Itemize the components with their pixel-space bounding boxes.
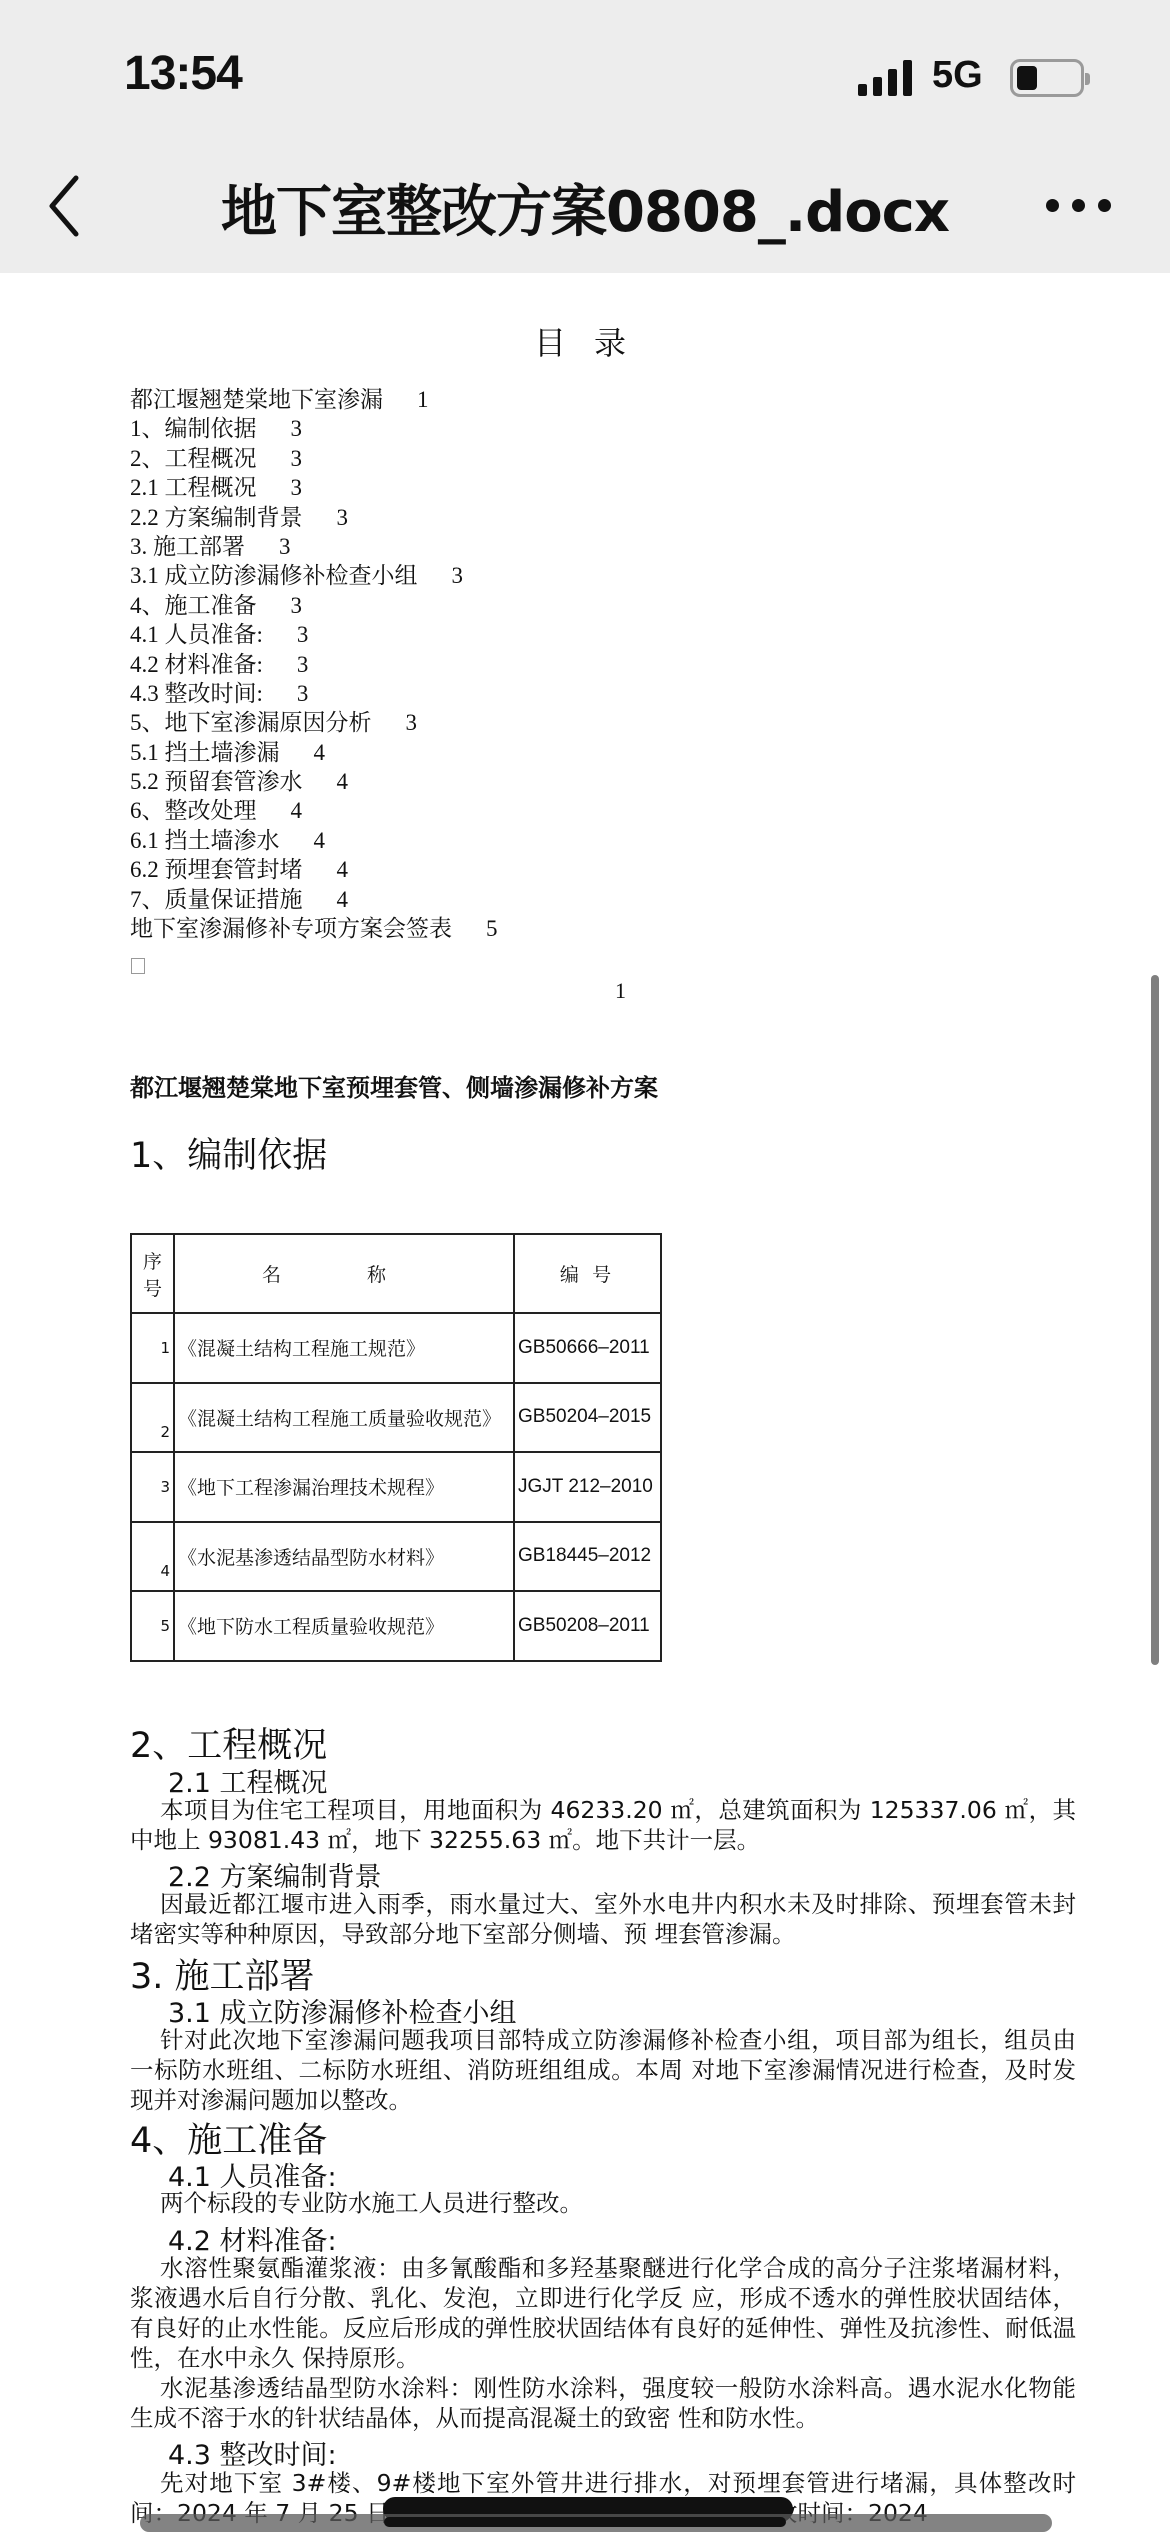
cell-code: GB50208–2011	[514, 1591, 661, 1661]
cell-code: JGJT 212–2010	[514, 1452, 661, 1522]
toc-item-label: 4.1 人员准备:	[130, 620, 263, 649]
cell-no: 1	[131, 1313, 174, 1383]
toc-item-page: 5	[486, 914, 498, 943]
toc-item-page: 3	[291, 414, 303, 443]
cellular-signal-icon	[858, 60, 914, 96]
cell-name: 《混凝土结构工程施工质量验收规范》	[174, 1383, 514, 1453]
network-type: 5G	[932, 54, 983, 97]
paragraph-inspection-team: 针对此次地下室渗漏问题我项目部特成立防渗漏修补检查小组，项目部为组长，组员由一标…	[130, 2025, 1076, 2115]
col-header-no: 序号	[131, 1234, 174, 1313]
cell-code: GB50666–2011	[514, 1313, 661, 1383]
toc-item-page: 4	[337, 767, 349, 796]
toc-item[interactable]: 4.3 整改时间:3	[130, 679, 498, 708]
paragraph-material-a: 水溶性聚氨酯灌浆液：由多氰酸酯和多羟基聚醚进行化学合成的高分子注浆堵漏材料，浆液…	[130, 2253, 1076, 2373]
cell-name: 《地下工程渗漏治理技术规程》	[174, 1452, 514, 1522]
toc-item[interactable]: 6、整改处理4	[130, 796, 498, 825]
table-row: 2 《混凝土结构工程施工质量验收规范》 GB50204–2015	[131, 1383, 661, 1453]
toc-item[interactable]: 6.2 预埋套管封堵4	[130, 855, 498, 884]
section-heading-1: 1、编制依据	[130, 1128, 327, 1178]
toc-item-page: 3	[297, 679, 309, 708]
toc-item[interactable]: 7、质量保证措施4	[130, 885, 498, 914]
page-number: 1	[615, 978, 626, 1004]
toc-item[interactable]: 5.2 预留套管渗水4	[130, 767, 498, 796]
vertical-scrollbar[interactable]	[1151, 975, 1159, 1665]
document-view[interactable]: 目 录 都江堰翘楚棠地下室渗漏1 1、编制依据3 2、工程概况3 2.1 工程概…	[0, 273, 1170, 2532]
toc-item-page: 3	[279, 532, 291, 561]
toc-item[interactable]: 4.1 人员准备:3	[130, 620, 498, 649]
toc-item-label: 6、整改处理	[130, 796, 257, 825]
cell-no: 5	[131, 1591, 174, 1661]
battery-icon	[1010, 59, 1084, 97]
toc-item-label: 1、编制依据	[130, 414, 257, 443]
more-options-button[interactable]	[1044, 190, 1114, 220]
toc-item-label: 4.3 整改时间:	[130, 679, 263, 708]
toc-item[interactable]: 6.1 挡土墙渗水4	[130, 826, 498, 855]
toc-item-label: 2.2 方案编制背景	[130, 503, 303, 532]
toc-item-label: 7、质量保证措施	[130, 885, 303, 914]
toc-item[interactable]: 地下室渗漏修补专项方案会签表5	[130, 914, 498, 943]
toc-item-label: 2.1 工程概况	[130, 473, 257, 502]
col-header-name: 名 称	[174, 1234, 514, 1313]
toc-item-page: 4	[314, 738, 326, 767]
table-header-row: 序号 名 称 编 号	[131, 1234, 661, 1313]
home-indicator[interactable]	[384, 2517, 786, 2527]
toc-item-page: 3	[452, 561, 464, 590]
table-of-contents: 都江堰翘楚棠地下室渗漏1 1、编制依据3 2、工程概况3 2.1 工程概况3 2…	[130, 385, 498, 943]
toc-item-page: 3	[337, 503, 349, 532]
toc-item[interactable]: 2.2 方案编制背景3	[130, 503, 498, 532]
toc-item[interactable]: 2.1 工程概况3	[130, 473, 498, 502]
cell-code: GB50204–2015	[514, 1383, 661, 1453]
paragraph-background: 因最近都江堰市进入雨季，雨水量过大、室外水电井内积水未及时排除、预埋套管未封堵密…	[130, 1889, 1076, 1949]
toc-item-label: 5、地下室渗漏原因分析	[130, 708, 372, 737]
toc-item-page: 3	[297, 620, 309, 649]
cell-no: 2	[131, 1383, 174, 1453]
toc-item[interactable]: 5、地下室渗漏原因分析3	[130, 708, 498, 737]
cell-name: 《水泥基渗透结晶型防水材料》	[174, 1522, 514, 1592]
toc-title: 目 录	[0, 318, 1170, 364]
toc-item[interactable]: 1、编制依据3	[130, 414, 498, 443]
table-row: 3 《地下工程渗漏治理技术规程》 JGJT 212–2010	[131, 1452, 661, 1522]
toc-item-page: 4	[314, 826, 326, 855]
toc-item-label: 5.2 预留套管渗水	[130, 767, 303, 796]
cell-no: 3	[131, 1452, 174, 1522]
toc-item[interactable]: 4.2 材料准备:3	[130, 650, 498, 679]
toc-item[interactable]: 2、工程概况3	[130, 444, 498, 473]
paragraph-project-overview: 本项目为住宅工程项目，用地面积为 46233.20 ㎡，总建筑面积为 12533…	[130, 1795, 1076, 1855]
toc-item-page: 3	[406, 708, 418, 737]
status-bar: 13:54 5G	[0, 0, 1170, 140]
toc-item-label: 地下室渗漏修补专项方案会签表	[130, 914, 452, 943]
toc-item[interactable]: 4、施工准备3	[130, 591, 498, 620]
toc-item-page: 3	[291, 473, 303, 502]
col-header-name-label: 名 称	[262, 1264, 426, 1286]
missing-glyph-placeholder	[131, 958, 145, 974]
cell-code: GB18445–2012	[514, 1522, 661, 1592]
table-row: 1 《混凝土结构工程施工规范》 GB50666–2011	[131, 1313, 661, 1383]
reference-standards-table: 序号 名 称 编 号 1 《混凝土结构工程施工规范》 GB50666–2011 …	[130, 1233, 662, 1662]
col-header-code: 编 号	[514, 1234, 661, 1313]
toc-item-page: 4	[337, 855, 349, 884]
toc-item[interactable]: 5.1 挡土墙渗漏4	[130, 738, 498, 767]
document-title: 地下室整改方案0808_.docx	[0, 168, 1170, 248]
toc-item-label: 6.1 挡土墙渗水	[130, 826, 280, 855]
toc-item-page: 4	[291, 796, 303, 825]
toc-item-label: 3.1 成立防渗漏修补检查小组	[130, 561, 418, 590]
paragraph-personnel: 两个标段的专业防水施工人员进行整改。	[130, 2188, 1076, 2218]
toc-item-page: 3	[291, 591, 303, 620]
toc-item[interactable]: 都江堰翘楚棠地下室渗漏1	[130, 385, 498, 414]
paragraph-material-b: 水泥基渗透结晶型防水涂料：刚性防水涂料，强度较一般防水涂料高。遇水泥水化物能生成…	[130, 2373, 1076, 2433]
document-heading: 都江堰翘楚棠地下室预埋套管、侧墙渗漏修补方案	[130, 1068, 658, 1103]
subsection-heading-4-3: 4.3 整改时间:	[168, 2433, 337, 2472]
toc-item-label: 4.2 材料准备:	[130, 650, 263, 679]
toc-item[interactable]: 3.1 成立防渗漏修补检查小组3	[130, 561, 498, 590]
toc-item-label: 6.2 预埋套管封堵	[130, 855, 303, 884]
cell-name: 《混凝土结构工程施工规范》	[174, 1313, 514, 1383]
toc-item-label: 3. 施工部署	[130, 532, 245, 561]
toc-item-label: 都江堰翘楚棠地下室渗漏	[130, 385, 383, 414]
toc-item-page: 3	[291, 444, 303, 473]
cell-no: 4	[131, 1522, 174, 1592]
toc-item-page: 4	[337, 885, 349, 914]
cell-name: 《地下防水工程质量验收规范》	[174, 1591, 514, 1661]
table-row: 5 《地下防水工程质量验收规范》 GB50208–2011	[131, 1591, 661, 1661]
toc-item-page: 1	[417, 385, 429, 414]
nav-bar: 地下室整改方案0808_.docx	[0, 140, 1170, 273]
table-row: 4 《水泥基渗透结晶型防水材料》 GB18445–2012	[131, 1522, 661, 1592]
clock: 13:54	[124, 46, 242, 101]
toc-item-page: 3	[297, 650, 309, 679]
toc-item[interactable]: 3. 施工部署3	[130, 532, 498, 561]
toc-item-label: 4、施工准备	[130, 591, 257, 620]
toc-item-label: 2、工程概况	[130, 444, 257, 473]
toc-item-label: 5.1 挡土墙渗漏	[130, 738, 280, 767]
